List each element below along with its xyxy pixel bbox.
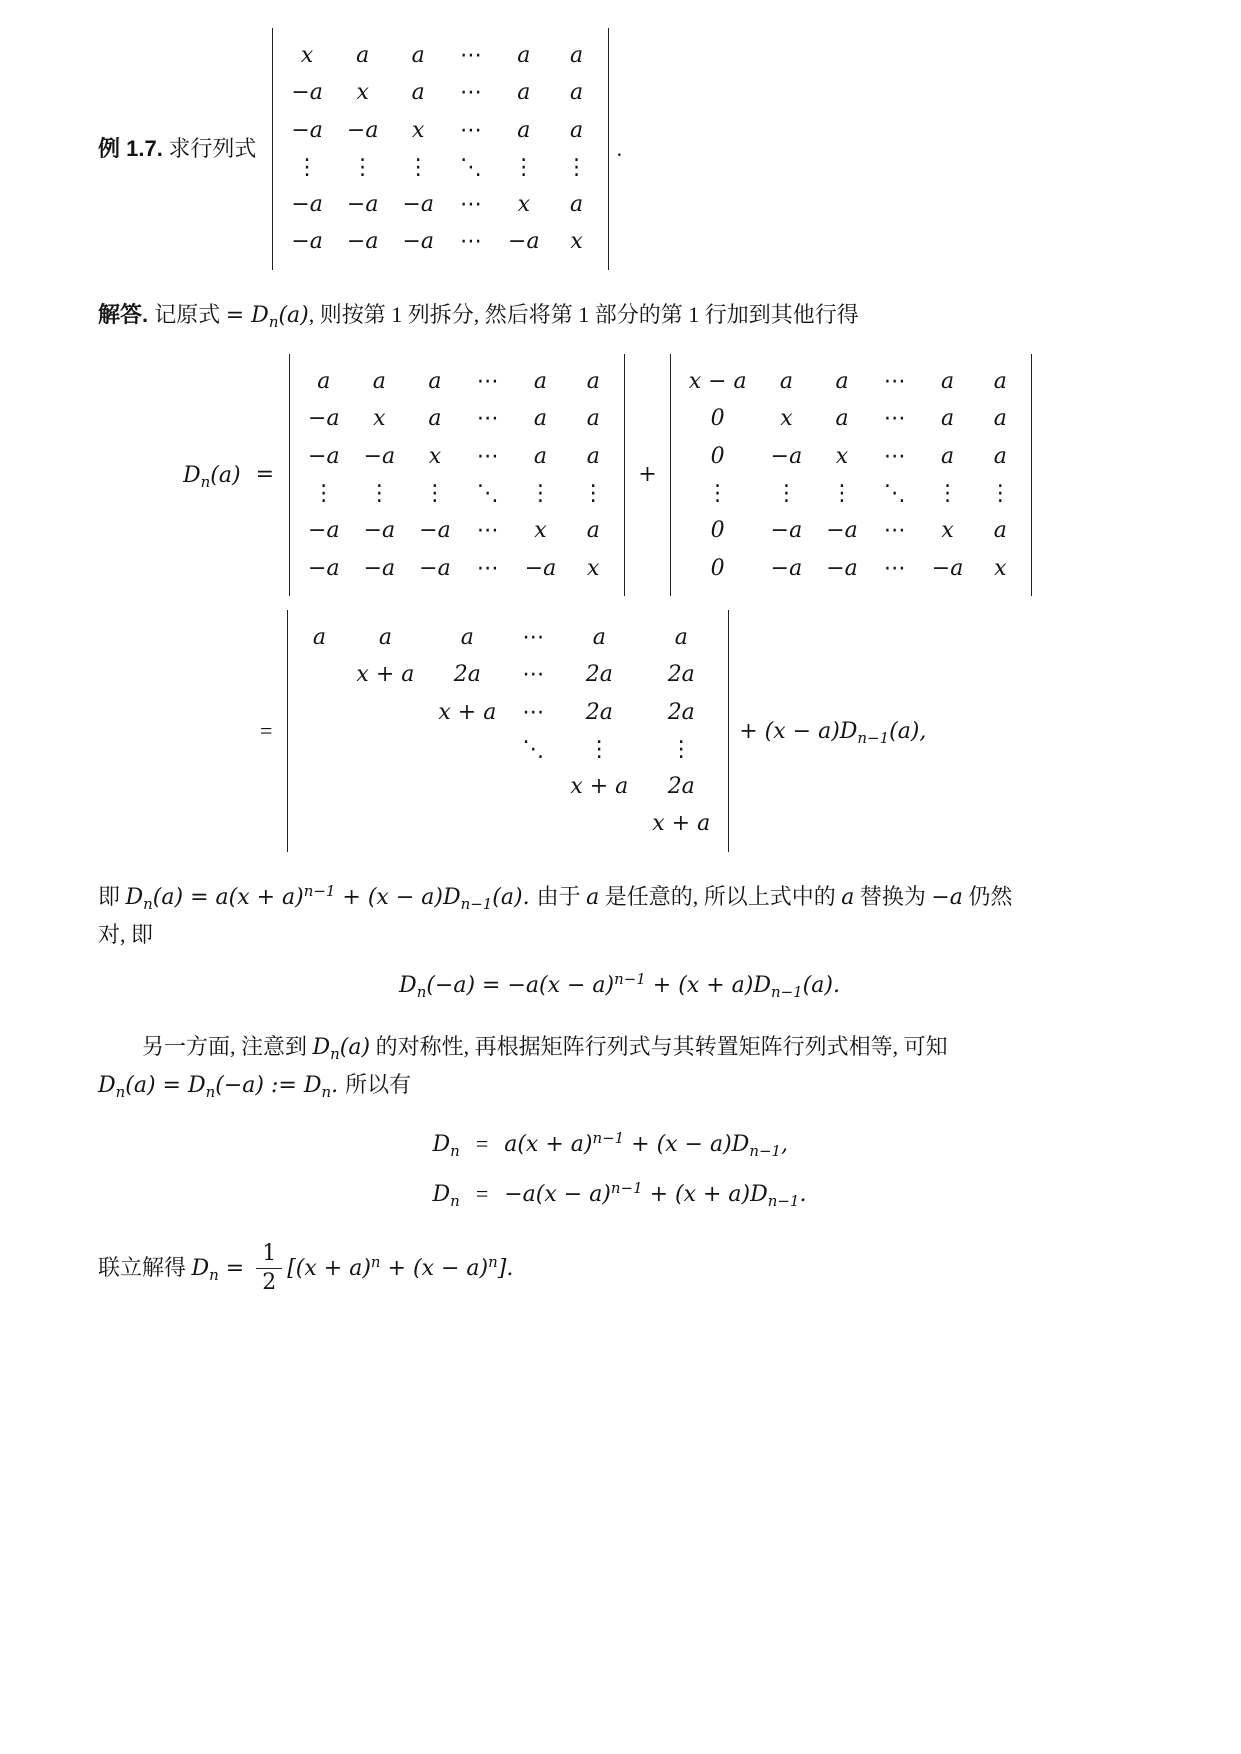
matrix-cell: 0	[677, 550, 759, 587]
text-segment: D	[313, 1035, 331, 1060]
text-segment: n−1	[461, 895, 493, 913]
text-segment: (−a) := D	[215, 1073, 321, 1098]
matrix-cell: a	[568, 400, 618, 437]
matrix-cell	[558, 805, 640, 842]
text-segment: .	[799, 1182, 806, 1207]
matrix-cell: ⋮	[920, 475, 976, 512]
matrix-cell	[294, 731, 344, 768]
matrix-cell: a	[513, 438, 569, 475]
system-line2-rhs: −a(x − a)n−1 + (x + a)Dn−1.	[504, 1175, 806, 1213]
text-segment: 所以有	[345, 1072, 411, 1097]
matrix-cell	[344, 805, 426, 842]
equals-sign-2: =	[260, 712, 272, 749]
matrix-cell: ⋮	[975, 475, 1025, 512]
system-line1-rhs: a(x + a)n−1 + (x − a)Dn−1,	[504, 1125, 806, 1163]
matrix-cell: 0	[677, 438, 759, 475]
matrix-cell: 2a	[640, 694, 722, 731]
matrix-cell: ⋮	[568, 475, 618, 512]
matrix-cell: 2a	[558, 656, 640, 693]
system-line1-equals: =	[476, 1125, 488, 1163]
text-segment: n	[371, 1253, 381, 1271]
matrix-cell: ⋱	[463, 475, 513, 512]
matrix-cell	[294, 805, 344, 842]
matrix-cell: −a	[296, 400, 352, 437]
matrix-cell: ⋮	[552, 149, 602, 186]
matrix-cell: −a	[496, 223, 552, 260]
matrix-cell: a	[920, 363, 976, 400]
text-segment: n	[321, 1083, 331, 1101]
matrix-cell: −a	[920, 550, 976, 587]
matrix-cell: x	[279, 37, 335, 74]
matrix-cell: a	[407, 363, 463, 400]
matrix-cell: ⋯	[870, 550, 920, 587]
matrix-cell: −a	[335, 223, 391, 260]
text-segment: (a) = D	[125, 1073, 205, 1098]
matrix-cell: ⋮	[814, 475, 870, 512]
matrix-cell: ⋮	[496, 149, 552, 186]
text-segment: n	[488, 1253, 498, 1271]
system-line2-lhs: Dn	[433, 1175, 460, 1213]
text-segment: n−1	[614, 969, 646, 987]
text-segment: + (x − a)D	[624, 1132, 749, 1157]
matrix-cell: −a	[407, 550, 463, 587]
text-segment: n−1	[749, 1141, 781, 1159]
text-segment: n	[209, 1266, 219, 1284]
matrix-cell: ⋯	[446, 223, 496, 260]
matrix-cell: ⋮	[677, 475, 759, 512]
matrix-cell: a	[552, 37, 602, 74]
text-segment: n−1	[768, 1192, 800, 1210]
matrix-cell: ⋯	[446, 37, 496, 74]
matrix-cell: −a	[352, 550, 408, 587]
text-segment: n−1	[304, 882, 336, 900]
text-segment: n	[417, 982, 427, 1000]
text-segment: 另一方面, 注意到	[142, 1034, 313, 1059]
matrix-cell: a	[558, 619, 640, 656]
matrix-cell: 2a	[640, 656, 722, 693]
text-segment: [(x + a)	[287, 1256, 371, 1281]
matrix-cell: −a	[814, 512, 870, 549]
text-segment: n	[206, 1083, 216, 1101]
text-segment: 例 1.7.	[98, 136, 163, 161]
matrix-cell: a	[640, 619, 722, 656]
text-segment: n−1	[592, 1128, 624, 1146]
matrix-cell: a	[552, 74, 602, 111]
matrix-cell: −a	[390, 223, 446, 260]
matrix-cell: −a	[279, 186, 335, 223]
matrix-cell: a	[975, 512, 1025, 549]
matrix-cell: x	[496, 186, 552, 223]
determinant-triangular: aaa⋯aax + a2a⋯2a2ax + a⋯2a2a⋱⋮⋮x + a2ax …	[287, 610, 729, 852]
matrix-cell: −a	[814, 550, 870, 587]
matrix-cell: a	[352, 363, 408, 400]
matrix-cell: ⋯	[508, 619, 558, 656]
matrix-cell: ⋯	[870, 512, 920, 549]
text-segment: ].	[498, 1256, 514, 1281]
text-segment: 求行列式	[168, 136, 256, 161]
text-segment: D	[399, 973, 417, 998]
matrix-cell: a	[568, 438, 618, 475]
text-segment: 记原式	[154, 302, 226, 327]
equation-system: Dn = a(x + a)n−1 + (x − a)Dn−1, Dn = −a(…	[433, 1125, 807, 1214]
matrix-cell: x + a	[344, 656, 426, 693]
matrix-cell: x	[352, 400, 408, 437]
matrix-cell: 2a	[558, 694, 640, 731]
text-segment: n	[143, 895, 153, 913]
fraction-numerator: 1	[256, 1241, 282, 1268]
equation-split-lhs: Dn(a)	[183, 456, 241, 494]
matrix-cell: −a	[352, 512, 408, 549]
matrix-cell: ⋱	[870, 475, 920, 512]
text-segment: a	[586, 885, 599, 910]
text-segment: = D	[226, 303, 269, 328]
matrix-cell: x	[814, 438, 870, 475]
text-segment: −a(x − a)	[504, 1182, 611, 1207]
matrix-cell	[294, 656, 344, 693]
matrix-cell: ⋱	[508, 731, 558, 768]
matrix-cell: x	[568, 550, 618, 587]
matrix-cell: a	[814, 400, 870, 437]
text-segment: 联立解得	[98, 1255, 192, 1280]
matrix-cell: ⋮	[513, 475, 569, 512]
fraction-denominator: 2	[256, 1269, 282, 1295]
text-segment: D	[192, 1256, 210, 1281]
matrix-cell: −a	[513, 550, 569, 587]
matrix-cell: −a	[279, 112, 335, 149]
matrix-cell: ⋯	[870, 438, 920, 475]
text-segment: n	[330, 1045, 340, 1063]
solution-intro-paragraph: 解答. 记原式 = Dn(a), 则按第 1 列拆分, 然后将第 1 部分的第 …	[98, 296, 1141, 334]
matrix-cell: ⋮	[759, 475, 815, 512]
matrix-cell: ⋯	[463, 363, 513, 400]
plus-sign: +	[638, 456, 656, 493]
matrix-cell: ⋯	[446, 186, 496, 223]
matrix-cell	[508, 768, 558, 805]
text-segment: 仍然	[963, 884, 1013, 909]
text-segment: + (x − a)	[381, 1256, 489, 1281]
text-segment: a(x + a)	[504, 1132, 592, 1157]
matrix-cell: x	[975, 550, 1025, 587]
text-segment: (a)	[210, 463, 240, 488]
text-segment: n	[450, 1192, 460, 1210]
matrix-cell: ⋯	[870, 363, 920, 400]
text-segment: 即	[98, 884, 126, 909]
matrix-cell: ⋮	[335, 149, 391, 186]
text-segment: ,	[781, 1132, 788, 1157]
matrix-cell	[344, 731, 426, 768]
recurrence-paragraph-line2: 对, 即	[98, 916, 1141, 953]
recurrence-paragraph-line1: 即 Dn(a) = a(x + a)n−1 + (x − a)Dn−1(a). …	[98, 878, 1141, 916]
matrix-cell: −a	[296, 550, 352, 587]
text-segment: D	[98, 1073, 116, 1098]
matrix-cell: a	[552, 186, 602, 223]
matrix-cell: a	[513, 363, 569, 400]
text-segment: .	[331, 1073, 345, 1098]
matrix-cell: ⋮	[296, 475, 352, 512]
matrix-cell: ⋮	[407, 475, 463, 512]
text-segment: + (x − a)D	[335, 885, 460, 910]
equation-triangular: = aaa⋯aax + a2a⋯2a2ax + a⋯2a2a⋱⋮⋮x + a2a…	[260, 610, 1141, 852]
text-segment: a	[841, 885, 854, 910]
matrix-cell: ⋮	[558, 731, 640, 768]
matrix-cell: −a	[759, 550, 815, 587]
text-segment: n−1	[857, 728, 889, 746]
text-segment: (a)	[340, 1035, 370, 1060]
matrix-cell: ⋯	[870, 400, 920, 437]
text-segment: + (x − a)D	[739, 719, 857, 744]
matrix-cell	[294, 768, 344, 805]
matrix-cell: −a	[279, 223, 335, 260]
matrix-cell: 0	[677, 512, 759, 549]
equation-dn-minus-a: Dn(−a) = −a(x − a)n−1 + (x + a)Dn−1(a).	[98, 966, 1141, 1004]
matrix-cell: x	[407, 438, 463, 475]
matrix-cell: −a	[759, 512, 815, 549]
symmetry-paragraph-line2: Dn(a) = Dn(−a) := Dn. 所以有	[98, 1066, 1141, 1104]
text-segment: 解答.	[98, 302, 154, 327]
text-segment: n	[201, 473, 211, 491]
text-segment: , 则按第 1 列拆分, 然后将第 1 部分的第 1 行加到其他行得	[309, 302, 859, 327]
matrix-cell	[426, 768, 508, 805]
matrix-cell: a	[294, 619, 344, 656]
text-segment: =	[219, 1256, 251, 1281]
matrix-cell: a	[975, 363, 1025, 400]
matrix-cell: x	[390, 112, 446, 149]
matrix-cell: −a	[335, 186, 391, 223]
matrix-cell	[426, 805, 508, 842]
example-number: 例 1.7.	[98, 136, 163, 161]
matrix-cell	[294, 694, 344, 731]
example-label: 例 1.7. 求行列式	[98, 130, 256, 167]
matrix-cell: ⋯	[463, 512, 513, 549]
text-segment: 替换为	[854, 884, 931, 909]
matrix-cell: −a	[759, 438, 815, 475]
text-segment: (a).	[492, 885, 536, 910]
matrix-cell: x + a	[426, 694, 508, 731]
matrix-cell: ⋯	[446, 112, 496, 149]
matrix-cell: −a	[352, 438, 408, 475]
text-segment: n−1	[611, 1179, 643, 1197]
matrix-cell: ⋮	[279, 149, 335, 186]
matrix-cell: ⋯	[463, 400, 513, 437]
equation-system-wrap: Dn = a(x + a)n−1 + (x − a)Dn−1, Dn = −a(…	[98, 1125, 1141, 1214]
matrix-cell: −a	[296, 512, 352, 549]
final-prefix: 联立解得 Dn =	[98, 1249, 251, 1287]
text-segment: + (x + a)D	[643, 1182, 768, 1207]
text-segment: D	[433, 1182, 451, 1207]
matrix-cell: a	[426, 619, 508, 656]
matrix-cell: a	[568, 363, 618, 400]
text-segment: (−a) = −a(x − a)	[426, 973, 614, 998]
matrix-cell: a	[975, 438, 1025, 475]
example-prompt: 求行列式	[168, 136, 256, 161]
matrix-cell: −a	[296, 438, 352, 475]
matrix-cell: ⋮	[352, 475, 408, 512]
equation-triangular-tail: + (x − a)Dn−1(a),	[739, 712, 926, 750]
text-segment: 是任意的, 所以上式中的	[599, 884, 841, 909]
matrix-cell: a	[920, 438, 976, 475]
system-line2-equals: =	[476, 1175, 488, 1213]
determinant-problem: xaa⋯aa−axa⋯aa−a−ax⋯aa⋮⋮⋮⋱⋮⋮−a−a−a⋯xa−a−a…	[272, 28, 608, 270]
text-segment: + (x + a)D	[646, 973, 771, 998]
matrix-cell: x	[920, 512, 976, 549]
document-page: 例 1.7. 求行列式 xaa⋯aa−axa⋯aa−a−ax⋯aa⋮⋮⋮⋱⋮⋮−…	[0, 0, 1241, 1754]
matrix-cell: x	[552, 223, 602, 260]
matrix-cell: a	[814, 363, 870, 400]
matrix-cell: a	[975, 400, 1025, 437]
final-suffix: [(x + a)n + (x − a)n].	[287, 1249, 513, 1287]
determinant-split-left: aaa⋯aa−axa⋯aa−a−ax⋯aa⋮⋮⋮⋱⋮⋮−a−a−a⋯xa−a−a…	[289, 354, 625, 596]
matrix-cell: −a	[390, 186, 446, 223]
matrix-cell: −a	[335, 112, 391, 149]
matrix-cell: x	[759, 400, 815, 437]
system-line1-lhs: Dn	[433, 1125, 460, 1163]
text-segment: D	[183, 463, 201, 488]
equals-sign: =	[256, 456, 274, 493]
matrix-cell: a	[552, 112, 602, 149]
text-segment: n−1	[771, 982, 803, 1000]
matrix-cell: ⋮	[390, 149, 446, 186]
determinant-split-right: x − aaa⋯aa0xa⋯aa0−ax⋯aa⋮⋮⋮⋱⋮⋮0−a−a⋯xa0−a…	[670, 354, 1033, 596]
matrix-cell	[344, 768, 426, 805]
matrix-cell: 2a	[640, 768, 722, 805]
matrix-cell: a	[390, 37, 446, 74]
matrix-cell	[344, 694, 426, 731]
matrix-cell: x + a	[640, 805, 722, 842]
matrix-cell: ⋱	[446, 149, 496, 186]
text-segment: D	[433, 1132, 451, 1157]
matrix-cell: x	[513, 512, 569, 549]
text-segment: −a	[931, 885, 963, 910]
matrix-cell: ⋯	[463, 438, 513, 475]
symmetry-paragraph-line1: 另一方面, 注意到 Dn(a) 的对称性, 再根据矩阵行列式与其转置矩阵行列式相…	[98, 1028, 1141, 1066]
matrix-cell: a	[335, 37, 391, 74]
text-segment: (a).	[803, 973, 840, 998]
matrix-cell: a	[296, 363, 352, 400]
text-segment: n	[450, 1141, 460, 1159]
equation-split: Dn(a) = aaa⋯aa−axa⋯aa−a−ax⋯aa⋮⋮⋮⋱⋮⋮−a−a−…	[183, 354, 1141, 596]
matrix-cell: ⋯	[463, 550, 513, 587]
matrix-cell: a	[496, 74, 552, 111]
matrix-cell: a	[496, 112, 552, 149]
matrix-cell	[508, 805, 558, 842]
matrix-cell: a	[344, 619, 426, 656]
text-segment: 由于	[537, 884, 587, 909]
matrix-cell: −a	[279, 74, 335, 111]
matrix-cell	[426, 731, 508, 768]
matrix-cell: a	[920, 400, 976, 437]
matrix-cell: 2a	[426, 656, 508, 693]
matrix-cell: a	[407, 400, 463, 437]
matrix-cell: ⋯	[508, 656, 558, 693]
matrix-cell: −a	[407, 512, 463, 549]
text-segment: D	[126, 885, 144, 910]
example-line: 例 1.7. 求行列式 xaa⋯aa−axa⋯aa−a−ax⋯aa⋮⋮⋮⋱⋮⋮−…	[98, 28, 1141, 270]
matrix-cell: x	[335, 74, 391, 111]
matrix-cell: a	[496, 37, 552, 74]
matrix-cell: ⋮	[640, 731, 722, 768]
fraction-one-half: 1 2	[256, 1241, 282, 1295]
matrix-cell: ⋯	[446, 74, 496, 111]
matrix-cell: a	[390, 74, 446, 111]
text-segment: 的对称性, 再根据矩阵行列式与其转置矩阵行列式相等, 可知	[370, 1034, 948, 1059]
text-segment: 对, 即	[98, 922, 153, 947]
matrix-cell: x − a	[677, 363, 759, 400]
period-after-determinant: .	[617, 130, 623, 167]
text-segment: (a),	[889, 719, 926, 744]
text-segment: n	[116, 1083, 126, 1101]
matrix-cell: a	[568, 512, 618, 549]
final-result-line: 联立解得 Dn = 1 2 [(x + a)n + (x − a)n].	[98, 1241, 1141, 1295]
matrix-cell: a	[759, 363, 815, 400]
matrix-cell: x + a	[558, 768, 640, 805]
text-segment: (a)	[278, 303, 308, 328]
matrix-cell: a	[513, 400, 569, 437]
text-segment: (a) = a(x + a)	[153, 885, 304, 910]
matrix-cell: ⋯	[508, 694, 558, 731]
matrix-cell: 0	[677, 400, 759, 437]
